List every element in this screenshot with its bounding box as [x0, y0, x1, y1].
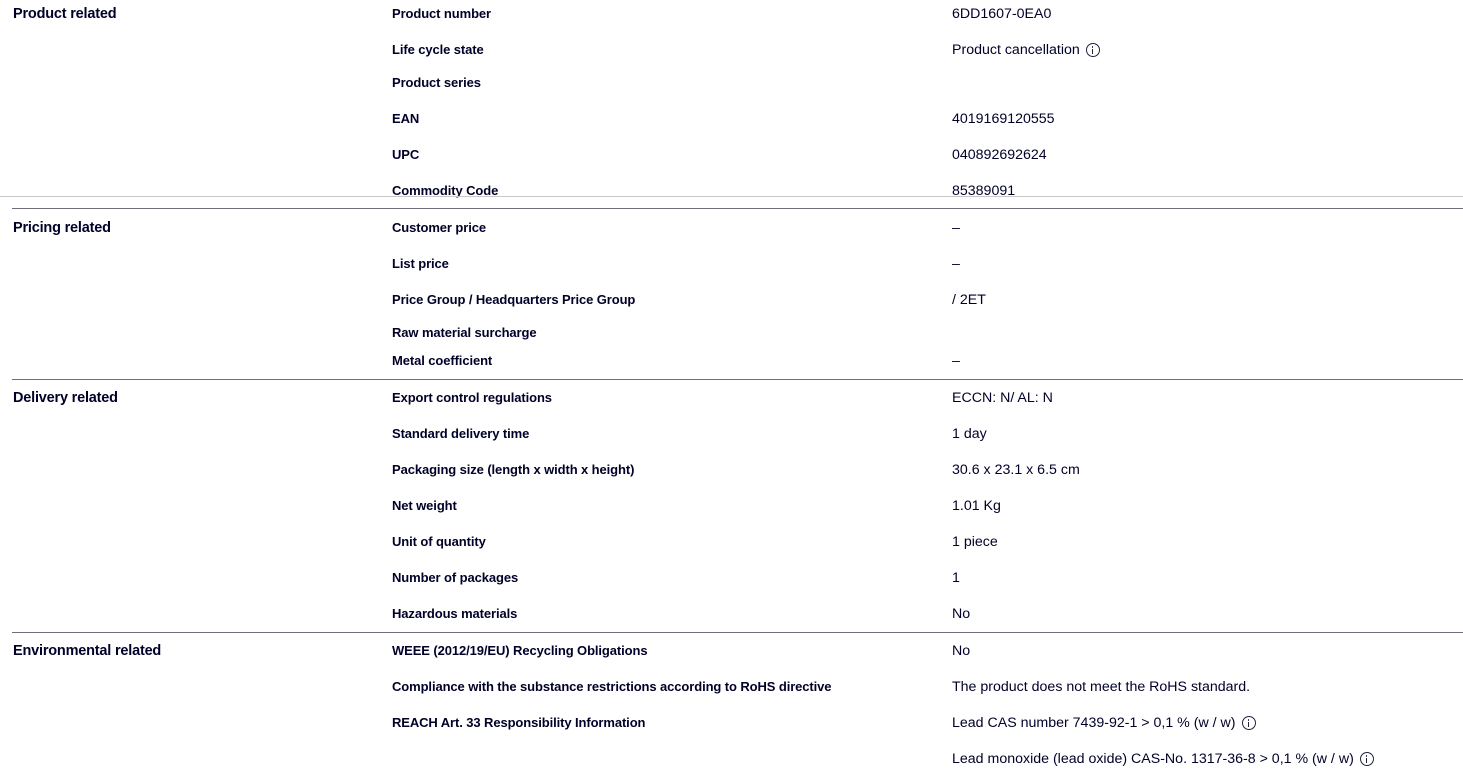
value-text: 1 day: [952, 425, 987, 443]
table-row-metal-coefficient: Metal coefficient –: [0, 352, 1463, 370]
info-icon[interactable]: [1086, 43, 1100, 57]
row-value: –: [952, 255, 960, 273]
row-value: The product does not meet the RoHS stand…: [952, 678, 1250, 696]
row-label: WEEE (2012/19/EU) Recycling Obligations: [392, 642, 647, 660]
value-text: Lead CAS number 7439-92-1 > 0,1 % (w / w…: [952, 714, 1236, 732]
table-row-export-control: Export control regulations ECCN: N/ AL: …: [0, 389, 1463, 407]
row-value: Product cancellation: [952, 41, 1100, 59]
table-row-unit-of-quantity: Unit of quantity 1 piece: [0, 533, 1463, 551]
row-label: Raw material surcharge: [392, 324, 536, 342]
row-value: Lead CAS number 7439-92-1 > 0,1 % (w / w…: [952, 714, 1256, 732]
table-row-standard-delivery-time: Standard delivery time 1 day: [0, 425, 1463, 443]
value-text: ECCN: N/ AL: N: [952, 389, 1053, 407]
row-label: Unit of quantity: [392, 533, 486, 551]
section-divider: [12, 379, 1463, 380]
row-value: 4019169120555: [952, 110, 1055, 128]
table-row-product-number: Product number 6DD1607-0EA0: [0, 5, 1463, 23]
value-text: 6DD1607-0EA0: [952, 5, 1051, 23]
info-icon[interactable]: [1242, 716, 1256, 730]
table-row-net-weight: Net weight 1.01 Kg: [0, 497, 1463, 515]
row-value: 1.01 Kg: [952, 497, 1001, 515]
value-text: –: [952, 352, 960, 370]
row-label: Hazardous materials: [392, 605, 517, 623]
section-divider: [12, 208, 1463, 209]
row-value: –: [952, 352, 960, 370]
section-divider: [12, 632, 1463, 633]
row-label: Number of packages: [392, 569, 518, 587]
row-label: REACH Art. 33 Responsibility Information: [392, 714, 645, 732]
value-text: The product does not meet the RoHS stand…: [952, 678, 1250, 696]
row-label: Life cycle state: [392, 41, 484, 59]
row-label: Product series: [392, 74, 481, 92]
row-value: –: [952, 219, 960, 237]
table-row-upc: UPC 040892692624: [0, 146, 1463, 164]
table-row-commodity-code: Commodity Code 85389091: [0, 182, 1463, 200]
table-row-price-group: Price Group / Headquarters Price Group /…: [0, 291, 1463, 309]
product-details-table: Product related Product number 6DD1607-0…: [0, 0, 1463, 771]
table-row-life-cycle-state: Life cycle state Product cancellation: [0, 41, 1463, 59]
row-value: 1: [952, 569, 960, 587]
value-text: 85389091: [952, 182, 1015, 200]
row-value: 6DD1607-0EA0: [952, 5, 1051, 23]
info-icon[interactable]: [1360, 752, 1374, 766]
row-label: List price: [392, 255, 449, 273]
value-text: No: [952, 605, 970, 623]
table-row-packaging-size: Packaging size (length x width x height)…: [0, 461, 1463, 479]
value-text: No: [952, 642, 970, 660]
value-text: 040892692624: [952, 146, 1047, 164]
row-label: Price Group / Headquarters Price Group: [392, 291, 635, 309]
row-value: Lead monoxide (lead oxide) CAS-No. 1317-…: [952, 750, 1374, 768]
value-text: 1.01 Kg: [952, 497, 1001, 515]
row-value: 85389091: [952, 182, 1015, 200]
row-value: / 2ET: [952, 291, 986, 309]
table-row-hazardous-materials: Hazardous materials No: [0, 605, 1463, 623]
row-value: 1 piece: [952, 533, 998, 551]
scroll-edge-divider: [0, 196, 1463, 197]
row-label: Compliance with the substance restrictio…: [392, 678, 831, 696]
table-row-reach-art33: REACH Art. 33 Responsibility Information…: [0, 714, 1463, 732]
table-row-number-of-packages: Number of packages 1: [0, 569, 1463, 587]
row-label: EAN: [392, 110, 419, 128]
table-row-customer-price: Customer price –: [0, 219, 1463, 237]
row-label: Metal coefficient: [392, 352, 492, 370]
value-text: –: [952, 255, 960, 273]
value-text: –: [952, 219, 960, 237]
value-text: 4019169120555: [952, 110, 1055, 128]
row-label: UPC: [392, 146, 419, 164]
value-text: Product cancellation: [952, 41, 1080, 59]
table-row-rohs-compliance: Compliance with the substance restrictio…: [0, 678, 1463, 696]
table-row-list-price: List price –: [0, 255, 1463, 273]
row-label: Net weight: [392, 497, 457, 515]
row-value: 30.6 x 23.1 x 6.5 cm: [952, 461, 1080, 479]
row-label: Packaging size (length x width x height): [392, 461, 634, 479]
row-value: 1 day: [952, 425, 987, 443]
row-value: No: [952, 605, 970, 623]
table-row-raw-material-surcharge: Raw material surcharge: [0, 324, 1463, 342]
table-row-product-series: Product series: [0, 74, 1463, 92]
row-label: Standard delivery time: [392, 425, 529, 443]
value-text: Lead monoxide (lead oxide) CAS-No. 1317-…: [952, 750, 1354, 768]
row-value: 040892692624: [952, 146, 1047, 164]
row-label: Commodity Code: [392, 182, 498, 200]
row-label: Product number: [392, 5, 491, 23]
value-text: 30.6 x 23.1 x 6.5 cm: [952, 461, 1080, 479]
row-value: ECCN: N/ AL: N: [952, 389, 1053, 407]
table-row-weee: WEEE (2012/19/EU) Recycling Obligations …: [0, 642, 1463, 660]
value-text: / 2ET: [952, 291, 986, 309]
row-label: Export control regulations: [392, 389, 552, 407]
table-row-reach-art33-continued: Lead monoxide (lead oxide) CAS-No. 1317-…: [0, 750, 1463, 768]
row-value: No: [952, 642, 970, 660]
value-text: 1 piece: [952, 533, 998, 551]
value-text: 1: [952, 569, 960, 587]
table-row-ean: EAN 4019169120555: [0, 110, 1463, 128]
row-label: Customer price: [392, 219, 486, 237]
